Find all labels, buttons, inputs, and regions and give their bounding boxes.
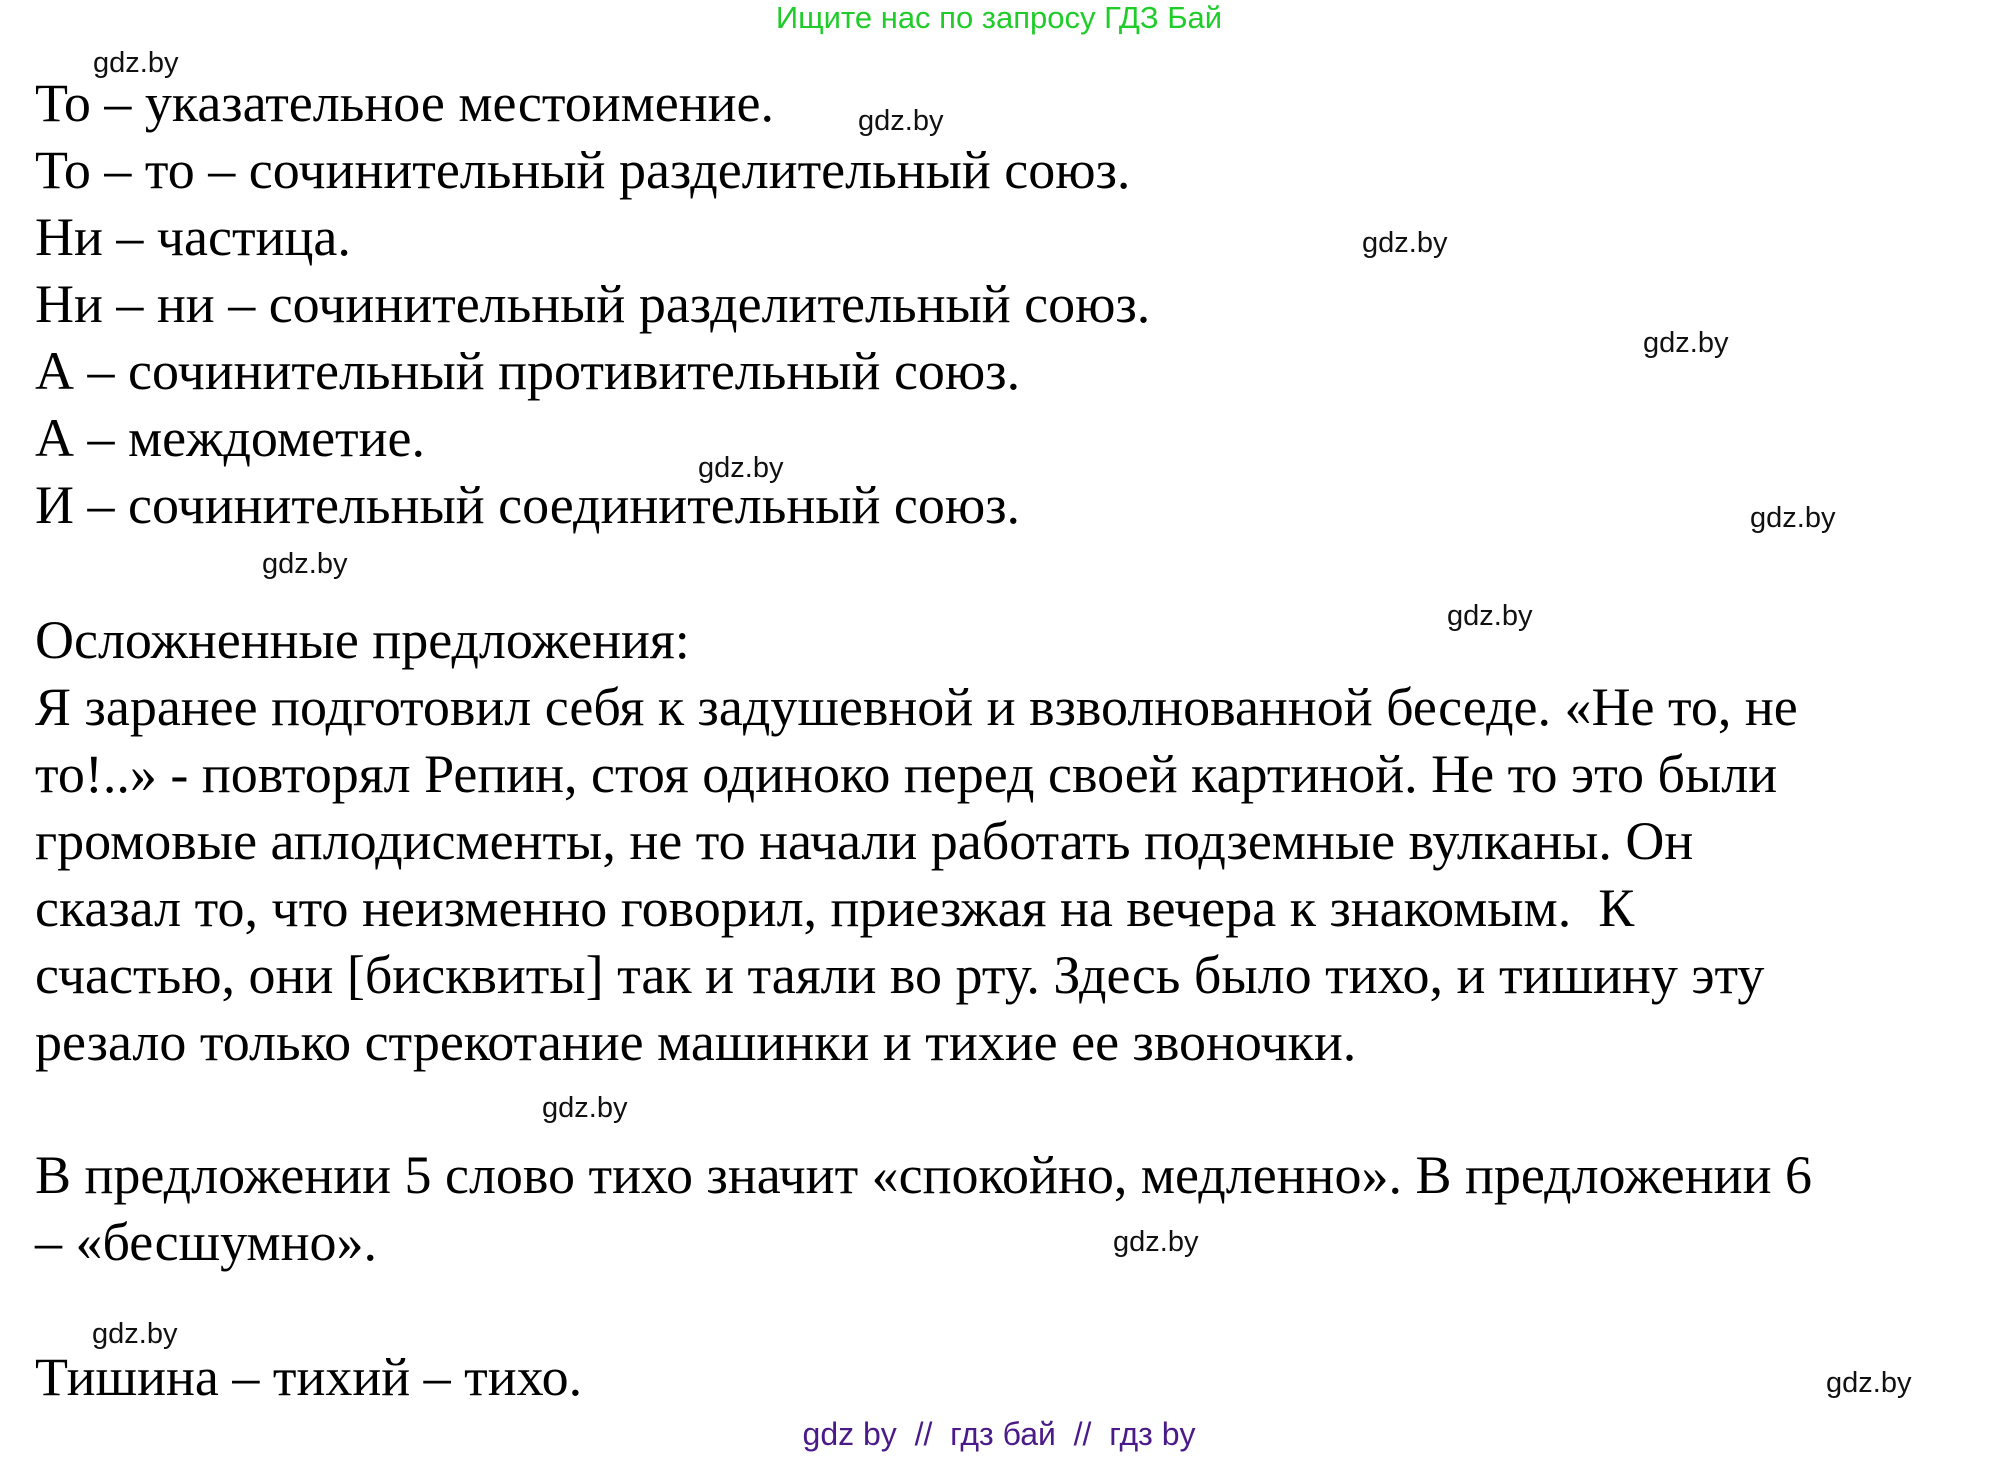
word-chain: Тишина – тихий – тихо. (35, 1347, 582, 1407)
section-heading: Осложненные предложения: (35, 610, 690, 670)
document-page: Ищите нас по запросу ГДЗ Бай То – указат… (0, 0, 1998, 1457)
definition-line: Ни – ни – сочинительный разделительный с… (35, 274, 1150, 334)
watermark: gdz.by (1826, 1367, 1911, 1399)
note-line: В предложении 5 слово тихо значит «споко… (35, 1145, 1812, 1205)
footer-banner: gdz by // гдз бай // гдз by (0, 1414, 1998, 1454)
watermark: gdz.by (698, 452, 783, 484)
watermark: gdz.by (1643, 327, 1728, 359)
paragraph-line: сказал то, что неизменно говорил, приезж… (35, 878, 1634, 938)
watermark: gdz.by (542, 1092, 627, 1124)
watermark: gdz.by (1447, 600, 1532, 632)
paragraph-line: то!..» - повторял Репин, стоя одиноко пе… (35, 744, 1777, 804)
watermark: gdz.by (92, 1318, 177, 1350)
watermark: gdz.by (262, 548, 347, 580)
watermark: gdz.by (93, 47, 178, 79)
definition-line: Ни – частица. (35, 207, 351, 267)
header-banner: Ищите нас по запросу ГДЗ Бай (0, 0, 1998, 36)
paragraph-line: резало только стрекотание машинки и тихи… (35, 1012, 1356, 1072)
definition-line: То – указательное местоимение. (35, 73, 774, 133)
definition-line: То – то – сочинительный разделительный с… (35, 140, 1130, 200)
paragraph-line: счастью, они [бисквиты] так и таяли во р… (35, 945, 1764, 1005)
paragraph-line: Я заранее подготовил себя к задушевной и… (35, 677, 1798, 737)
paragraph-line: громовые аплодисменты, не то начали рабо… (35, 811, 1693, 871)
watermark: gdz.by (1750, 502, 1835, 534)
watermark: gdz.by (1362, 227, 1447, 259)
definition-line: А – сочинительный противительный союз. (35, 341, 1020, 401)
definition-line: А – междометие. (35, 408, 425, 468)
note-line: – «бесшумно». (35, 1212, 377, 1272)
definition-line: И – сочинительный соединительный союз. (35, 475, 1020, 535)
watermark: gdz.by (1113, 1226, 1198, 1258)
watermark: gdz.by (858, 105, 943, 137)
